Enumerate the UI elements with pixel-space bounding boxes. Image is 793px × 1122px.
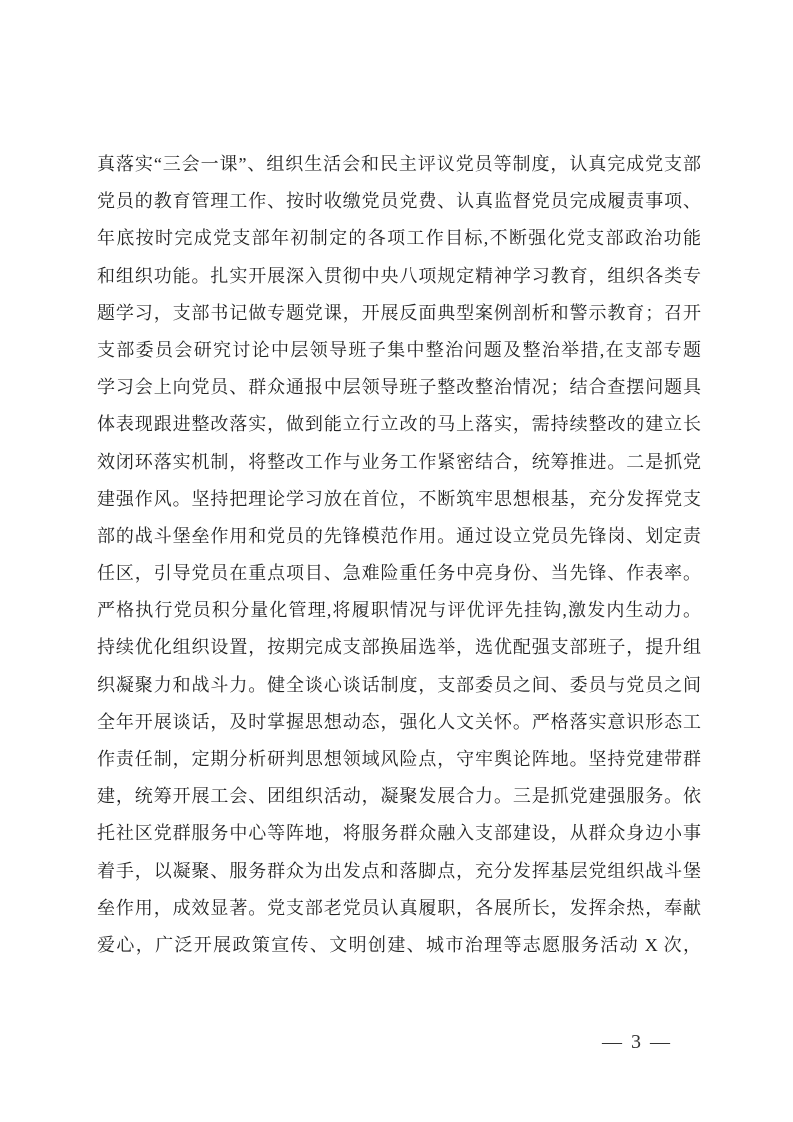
text-line: 支部委员会研究讨论中层领导班子集中整治问题及整治举措,在支部专题 bbox=[97, 332, 701, 369]
text-line: 真落实“三会一课”、组织生活会和民主评议党员等制度，认真完成党支部 bbox=[97, 146, 701, 183]
text-line: 织凝聚力和战斗力。健全谈心谈话制度，支部委员之间、委员与党员之间 bbox=[97, 667, 701, 704]
text-line: 作责任制，定期分析研判思想领域风险点，守牢舆论阵地。坚持党建带群 bbox=[97, 741, 701, 778]
text-line: 建，统筹开展工会、团组织活动，凝聚发展合力。三是抓党建强服务。依 bbox=[97, 778, 701, 815]
text-line: 学习会上向党员、群众通报中层领导班子整改整治情况；结合查摆问题具 bbox=[97, 369, 701, 406]
text-line: 党员的教育管理工作、按时收缴党员党费、认真监督党员完成履责事项、 bbox=[97, 183, 701, 220]
text-line: 题学习，支部书记做专题党课，开展反面典型案例剖析和警示教育；召开 bbox=[97, 295, 701, 332]
text-line: 全年开展谈话，及时掌握思想动态，强化人文关怀。严格落实意识形态工 bbox=[97, 704, 701, 741]
text-line: 托社区党群服务中心等阵地，将服务群众融入支部建设，从群众身边小事 bbox=[97, 815, 701, 852]
text-line: 任区，引导党员在重点项目、急难险重任务中亮身份、当先锋、作表率。 bbox=[97, 555, 701, 592]
text-line: 持续优化组织设置，按期完成支部换届选举，选优配强支部班子，提升组 bbox=[97, 629, 701, 666]
text-line: 垒作用，成效显著。党支部老党员认真履职，各展所长，发挥余热，奉献 bbox=[97, 890, 701, 927]
page-number: — 3 — bbox=[602, 1030, 672, 1054]
document-page: 真落实“三会一课”、组织生活会和民主评议党员等制度，认真完成党支部党员的教育管理… bbox=[0, 0, 793, 1122]
text-line: 和组织功能。扎实开展深入贯彻中央八项规定精神学习教育，组织各类专 bbox=[97, 258, 701, 295]
text-line: 建强作风。坚持把理论学习放在首位，不断筑牢思想根基，充分发挥党支 bbox=[97, 481, 701, 518]
text-line: 体表现跟进整改落实，做到能立行立改的马上落实，需持续整改的建立长 bbox=[97, 406, 701, 443]
text-line: 部的战斗堡垒作用和党员的先锋模范作用。通过设立党员先锋岗、划定责 bbox=[97, 518, 701, 555]
text-line: 爱心，广泛开展政策宣传、文明创建、城市治理等志愿服务活动 X 次， bbox=[97, 927, 701, 964]
text-line: 年底按时完成党支部年初制定的各项工作目标,不断强化党支部政治功能 bbox=[97, 220, 701, 257]
document-body: 真落实“三会一课”、组织生活会和民主评议党员等制度，认真完成党支部党员的教育管理… bbox=[97, 146, 701, 964]
text-line: 着手，以凝聚、服务群众为出发点和落脚点，充分发挥基层党组织战斗堡 bbox=[97, 853, 701, 890]
text-line: 效闭环落实机制，将整改工作与业务工作紧密结合，统筹推进。二是抓党 bbox=[97, 444, 701, 481]
text-line: 严格执行党员积分量化管理,将履职情况与评优评先挂钩,激发内生动力。 bbox=[97, 592, 701, 629]
